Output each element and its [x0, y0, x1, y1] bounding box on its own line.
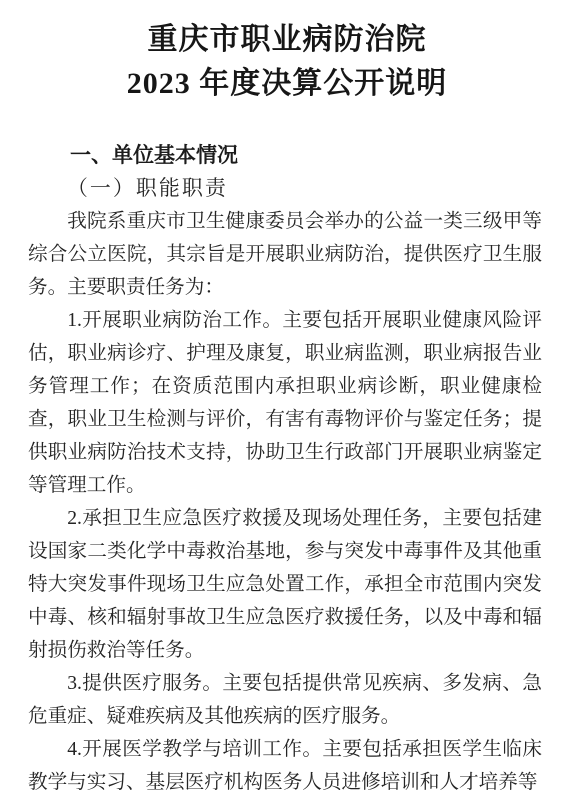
document-title-line2: 2023 年度决算公开说明	[0, 62, 574, 106]
paragraph-item-1: 1.开展职业病防治工作。主要包括开展职业健康风险评估，职业病诊疗、护理及康复，职…	[28, 304, 542, 502]
document-body: 我院系重庆市卫生健康委员会举办的公益一类三级甲等综合公立医院，其宗旨是开展职业病…	[28, 205, 542, 799]
document-title: 重庆市职业病防治院 2023 年度决算公开说明	[0, 18, 574, 106]
paragraph-item-2: 2.承担卫生应急医疗救援及现场处理任务，主要包括建设国家二类化学中毒救治基地，参…	[28, 502, 542, 667]
subsection-heading-duties: （一）职能职责	[28, 172, 542, 205]
paragraph-item-4: 4.开展医学教学与培训工作。主要包括承担医学生临床教学与实习、基层医疗机构医务人…	[28, 733, 542, 799]
section-heading-basic-info: 一、单位基本情况	[28, 139, 542, 172]
document-content: 一、单位基本情况 （一）职能职责 我院系重庆市卫生健康委员会举办的公益一类三级甲…	[0, 139, 574, 799]
document-title-line1: 重庆市职业病防治院	[0, 18, 574, 62]
paragraph-intro: 我院系重庆市卫生健康委员会举办的公益一类三级甲等综合公立医院，其宗旨是开展职业病…	[28, 205, 542, 304]
document-page: 重庆市职业病防治院 2023 年度决算公开说明 一、单位基本情况 （一）职能职责…	[0, 0, 574, 801]
paragraph-item-3: 3.提供医疗服务。主要包括提供常见疾病、多发病、急危重症、疑难疾病及其他疾病的医…	[28, 667, 542, 733]
